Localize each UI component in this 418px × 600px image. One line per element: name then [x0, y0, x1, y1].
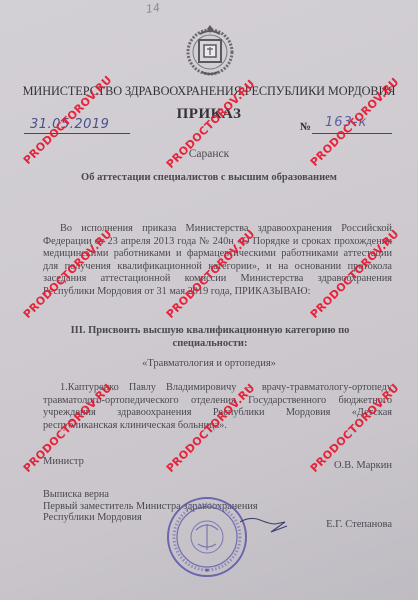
official-seal-icon: ✱ — [166, 496, 248, 578]
coat-of-arms-icon — [182, 22, 238, 78]
ministry-header: МИНИСТЕРСТВО ЗДРАВООХРАНЕНИЯ РЕСПУБЛИКИ … — [0, 84, 418, 99]
minister-name: О.В. Маркин — [334, 460, 392, 471]
city: Саранск — [0, 148, 418, 160]
date-underline — [24, 133, 130, 134]
number-sign: № — [300, 121, 311, 133]
document-page: 14 МИНИСТЕРСТВО ЗДРАВООХРАНЕНИЯ РЕСПУБЛИ… — [0, 0, 418, 600]
pencil-page-mark: 14 — [145, 1, 161, 16]
deputy-name: Е.Г. Степанова — [326, 519, 392, 530]
section-heading: III. Присвоить высшую квалификационную к… — [60, 324, 360, 350]
specialty: «Травматология и ортопедия» — [0, 358, 418, 369]
minister-title: Министр — [43, 456, 84, 467]
order-subject: Об аттестации специалистов с высшим обра… — [0, 172, 418, 183]
signature-icon — [240, 510, 290, 540]
